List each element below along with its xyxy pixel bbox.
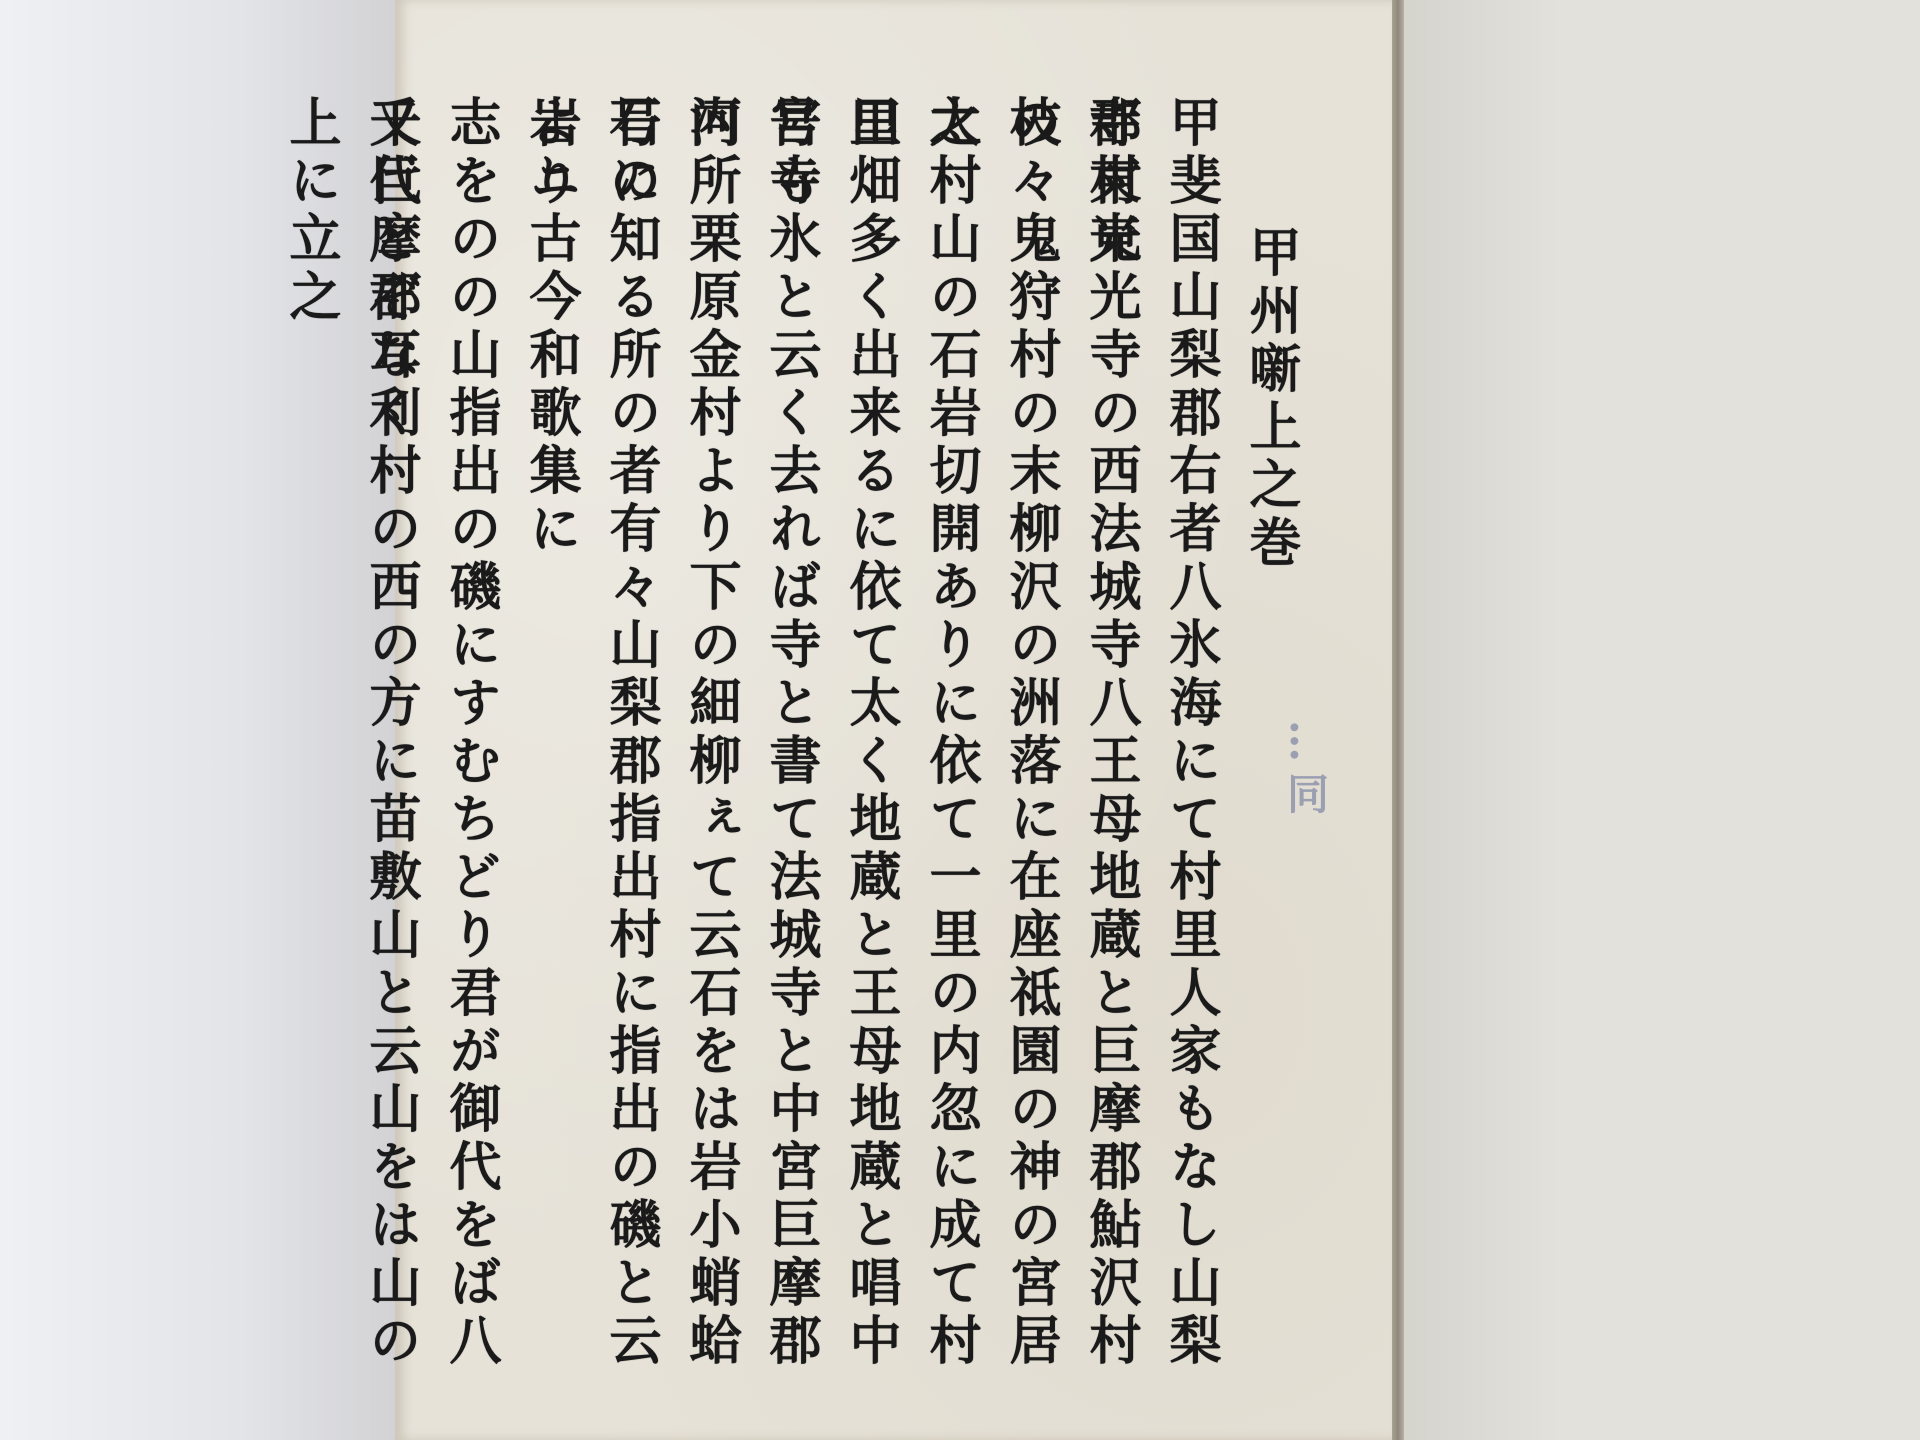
text-column-7: 内所栗原金村より下の細柳ぇて云石をは岩小蛸蛤号の — [670, 95, 750, 1425]
text-column-6: 号も氷と云く去れば寺と書て法城寺と中宮巨摩郡河 — [750, 95, 830, 1425]
book-gutter — [1392, 0, 1404, 1440]
text-column-4: 太村山の石岩切開ありに依て一里の内忽に成て村里 — [910, 95, 990, 1425]
text-column-10: 志をのの山指出の磯にすむちどり君が御代をば八千代とぞなく — [430, 95, 510, 1425]
text-column-11: 又巨摩郡耳利村の西の方に苗敷山と云山をは山の上に立之 — [350, 95, 430, 1425]
bleed-through-text: …同 — [1275, 720, 1335, 824]
text-columns: 甲州噺上之巻 甲斐国山梨郡右者八氷海にて村里人家もなし山梨郡東光 寺村東光寺の西… — [410, 95, 1310, 1425]
text-column-8: 石に知る所の者有々山梨郡指出村に指出の磯と云岩ニ — [590, 95, 670, 1425]
manuscript-page-right-blank — [1404, 0, 1920, 1440]
text-column-5: 田畑多く出来るに依て太く地蔵と王母地蔵と唱中宮寺 — [830, 95, 910, 1425]
text-column-1: 甲斐国山梨郡右者八氷海にて村里人家もなし山梨郡東光 — [1150, 95, 1230, 1425]
text-column-3: 枝々鬼狩村の末柳沢の洲落に在座祗園の神の宮居之 — [990, 95, 1070, 1425]
text-column-2: 寺村東光寺の西法城寺八王母地蔵と巨摩郡鮎沢村の — [1070, 95, 1150, 1425]
text-column-9: より古今和歌集に — [510, 95, 590, 1425]
